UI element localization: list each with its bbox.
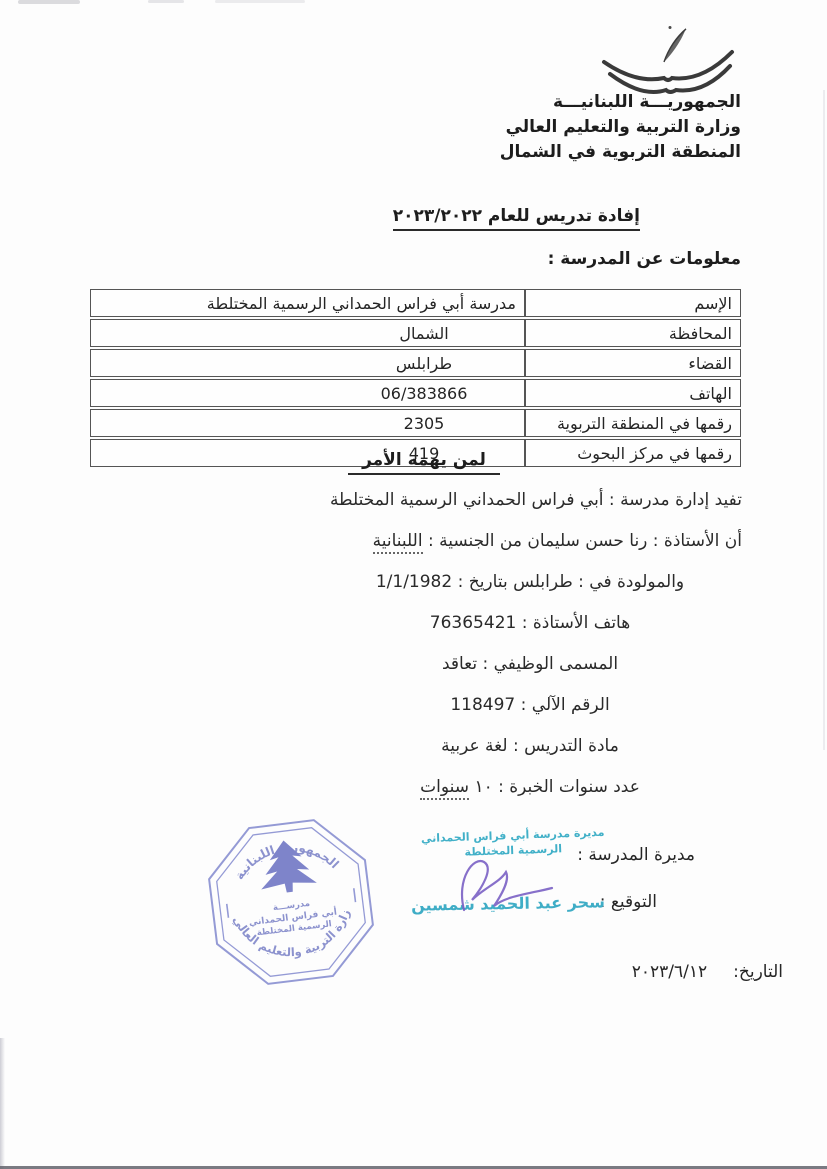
school-info-table: الإسم مدرسة أبي فراس الحمداني الرسمية ال… xyxy=(90,287,741,469)
ministry-logo xyxy=(598,26,740,98)
salutation-heading: لمن يهمه الأمر xyxy=(348,450,500,475)
scan-artifact-top-smudge xyxy=(18,0,80,4)
row-value-governorate: الشمال xyxy=(90,319,525,347)
experience-line-prefix: عدد سنوات الخبرة : ١٠ xyxy=(469,777,640,797)
open-book-icon xyxy=(604,52,732,92)
row-label-research-number: رقمها في مركز البحوث xyxy=(525,439,741,467)
document-title: إفادة تدريس للعام ٢٠٢٣/٢٠٢٢ xyxy=(393,206,640,231)
principal-signature xyxy=(448,848,568,918)
row-label-name: الإسم xyxy=(525,289,741,317)
scan-artifact-right-edge xyxy=(823,90,825,750)
certificate-body: تفيد إدارة مدرسة : أبي فراس الحمداني الر… xyxy=(318,488,742,816)
body-line-birth: والمولودة في : طرابلس بتاريخ : 1/1/1982 xyxy=(318,570,742,594)
row-label-district: القضاء xyxy=(525,349,741,377)
row-label-region-number: رقمها في المنطقة التربوية xyxy=(525,409,741,437)
table-row: رقمها في المنطقة التربوية 2305 xyxy=(90,409,741,437)
row-value-region-number: 2305 xyxy=(90,409,525,437)
body-line-job-title: المسمى الوظيفي : تعاقد xyxy=(318,652,742,676)
body-line-subject: مادة التدريس : لغة عربية xyxy=(318,734,742,758)
row-value-district: طرابلس xyxy=(90,349,525,377)
svg-text:وزارة التربية والتعليم العالي: وزارة التربية والتعليم العالي xyxy=(203,810,358,971)
region-line: المنطقة التربوية في الشمال xyxy=(500,140,741,165)
scanned-teaching-certificate: { "header": { "republic": "الجمهوريـــة … xyxy=(0,0,827,1169)
date-value: ٢٠٢٣/٦/١٢ xyxy=(632,962,707,982)
stamp-left-tick xyxy=(227,904,229,918)
teacher-line-prefix: أن الأستاذة : رنا حسن سليمان من الجنسية … xyxy=(423,531,742,551)
date-line: التاريخ:٢٠٢٣/٦/١٢ xyxy=(632,962,783,982)
school-info-heading: معلومات عن المدرسة : xyxy=(548,249,741,269)
body-line-automated-number: الرقم الآلي : 118497 xyxy=(318,693,742,717)
row-label-governorate: المحافظة xyxy=(525,319,741,347)
table-row: الهاتف 06/383866 xyxy=(90,379,741,407)
body-line-phone: هاتف الأستاذة : 76365421 xyxy=(318,611,742,635)
table-row: المحافظة الشمال xyxy=(90,319,741,347)
experience-years-value: سنوات xyxy=(420,777,469,800)
row-value-name: مدرسة أبي فراس الحمداني الرسمية المختلطة xyxy=(90,289,525,317)
government-header: الجمهوريـــة اللبنانيـــة وزارة التربية … xyxy=(500,90,741,165)
date-label: التاريخ: xyxy=(733,962,783,982)
quill-icon xyxy=(664,26,686,62)
republic-line: الجمهوريـــة اللبنانيـــة xyxy=(500,90,741,115)
body-line-teacher: أن الأستاذة : رنا حسن سليمان من الجنسية … xyxy=(318,529,742,553)
stamp-bottom-text: وزارة التربية والتعليم العالي xyxy=(203,810,358,971)
body-line-school: تفيد إدارة مدرسة : أبي فراس الحمداني الر… xyxy=(318,488,742,512)
row-value-phone: 06/383866 xyxy=(90,379,525,407)
signature-label: التوقيع : xyxy=(600,892,657,912)
table-row: الإسم مدرسة أبي فراس الحمداني الرسمية ال… xyxy=(90,289,741,317)
scan-artifact-left-edge xyxy=(0,1038,5,1169)
row-label-phone: الهاتف xyxy=(525,379,741,407)
scan-artifact-top-smudge xyxy=(148,0,184,3)
table-row: القضاء طرابلس xyxy=(90,349,741,377)
scan-artifact-top-smudge xyxy=(215,0,305,3)
nationality-value: اللبنانية xyxy=(373,531,423,554)
stamp-right-tick xyxy=(354,888,356,902)
ministry-line: وزارة التربية والتعليم العالي xyxy=(500,115,741,140)
body-line-experience: عدد سنوات الخبرة : ١٠ سنوات xyxy=(318,775,742,799)
school-octagon-stamp: الجمهورية اللبنانية مدرســـة أبي فراس ال… xyxy=(203,810,379,994)
